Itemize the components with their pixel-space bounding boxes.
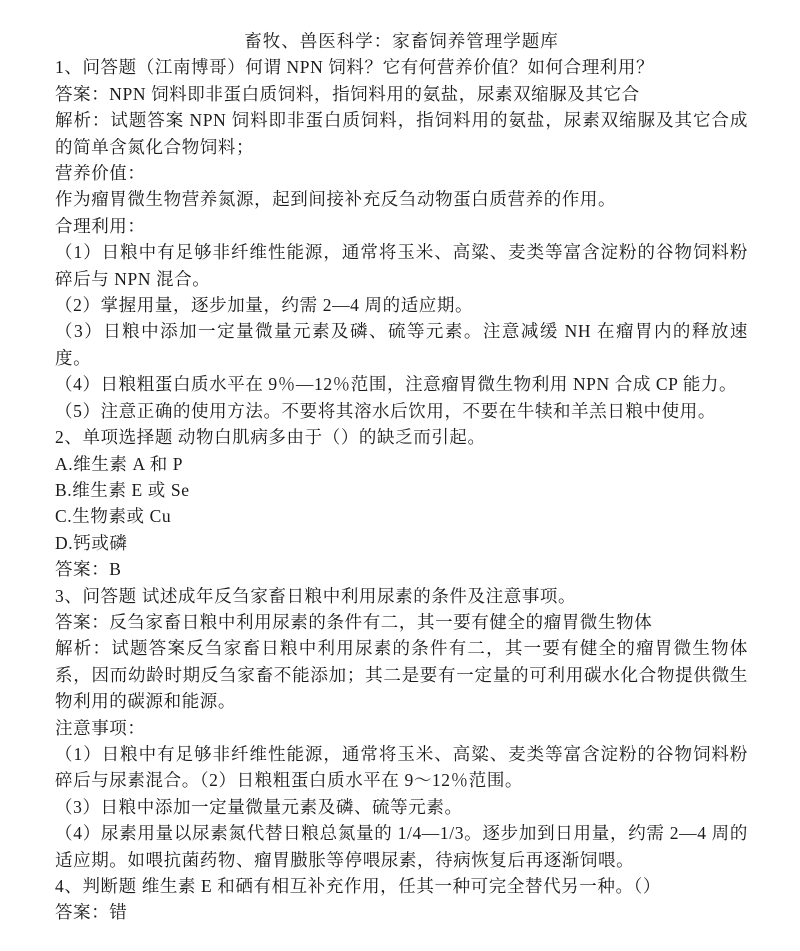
- paragraph-question: 1、问答题（江南博哥）何谓 NPN 饲料？它有何营养价值？如何合理利用？: [55, 54, 748, 80]
- paragraph-body: 作为瘤胃微生物营养氮源，起到间接补充反刍动物蛋白质营养的作用。: [55, 186, 748, 212]
- paragraph-body: （1）日粮中有足够非纤维性能源，通常将玉米、高粱、麦类等富含淀粉的谷物饲料粉碎后…: [55, 239, 748, 292]
- paragraph-body: （2）掌握用量，逐步加量，约需 2—4 周的适应期。: [55, 292, 748, 318]
- paragraph-heading: 营养价值：: [55, 160, 748, 186]
- paragraph-option: B.维生素 E 或 Se: [55, 477, 748, 503]
- document-body: 1、问答题（江南博哥）何谓 NPN 饲料？它有何营养价值？如何合理利用？答案：N…: [55, 54, 748, 925]
- paragraph-body: （1）日粮中有足够非纤维性能源，通常将玉米、高粱、麦类等富含淀粉的谷物饲料粉碎后…: [55, 741, 748, 794]
- paragraph-body: （4）尿素用量以尿素氮代替日粮总氮量的 1/4—1/3。逐步加到日用量，约需 2…: [55, 820, 748, 873]
- paragraph-analysis: 解析：试题答案反刍家畜日粮中利用尿素的条件有二，其一要有健全的瘤胃微生物体系，因…: [55, 635, 748, 714]
- paragraph-answer: 答案：错: [55, 899, 748, 925]
- paragraph-option: D.钙或磷: [55, 530, 748, 556]
- paragraph-heading: 合理利用：: [55, 213, 748, 239]
- paragraph-body: （3）日粮中添加一定量微量元素及磷、硫等元素。: [55, 794, 748, 820]
- paragraph-question: 4、判断题 维生素 E 和硒有相互补充作用，任其一种可完全替代另一种。（）: [55, 873, 748, 899]
- paragraph-answer: 答案：NPN 饲料即非蛋白质饲料，指饲料用的氨盐，尿素双缩脲及其它合: [55, 81, 748, 107]
- paragraph-question: 2、单项选择题 动物白肌病多由于（）的缺乏而引起。: [55, 424, 748, 450]
- document-title: 畜牧、兽医科学：家畜饲养管理学题库: [55, 28, 748, 54]
- paragraph-answer: 答案：B: [55, 556, 748, 582]
- paragraph-body: （3）日粮中添加一定量微量元素及磷、硫等元素。注意减缓 NH 在瘤胃内的释放速度…: [55, 318, 748, 371]
- paragraph-option: C.生物素或 Cu: [55, 503, 748, 529]
- paragraph-option: A.维生素 A 和 P: [55, 451, 748, 477]
- document-page: 畜牧、兽医科学：家畜饲养管理学题库 1、问答题（江南博哥）何谓 NPN 饲料？它…: [0, 0, 800, 951]
- paragraph-answer: 答案：反刍家畜日粮中利用尿素的条件有二，其一要有健全的瘤胃微生物体: [55, 609, 748, 635]
- paragraph-question: 3、问答题 试述成年反刍家畜日粮中利用尿素的条件及注意事项。: [55, 583, 748, 609]
- paragraph-analysis: 解析：试题答案 NPN 饲料即非蛋白质饲料，指饲料用的氨盐，尿素双缩脲及其它合成…: [55, 107, 748, 160]
- paragraph-body: （5）注意正确的使用方法。不要将其溶水后饮用，不要在牛犊和羊羔日粮中使用。: [55, 398, 748, 424]
- paragraph-body: （4）日粮粗蛋白质水平在 9％—12％范围，注意瘤胃微生物利用 NPN 合成 C…: [55, 371, 748, 397]
- paragraph-heading: 注意事项：: [55, 715, 748, 741]
